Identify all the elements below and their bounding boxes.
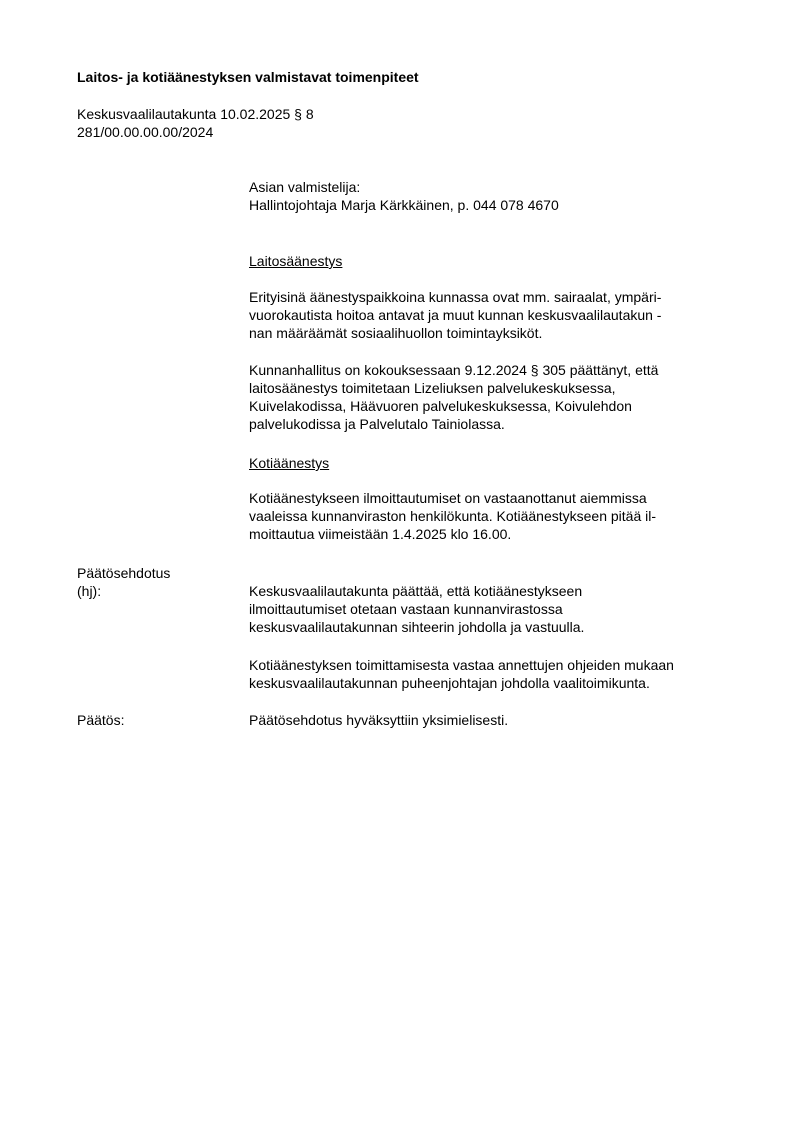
proposal-label-line: (hj):	[77, 582, 170, 600]
text-line: keskusvaalilautakunnan puheenjohtajan jo…	[249, 674, 674, 692]
text-line: Keskusvaalilautakunta päättää, että koti…	[249, 582, 584, 600]
proposal-label: Päätösehdotus (hj):	[77, 564, 170, 600]
record-number: 281/00.00.00.00/2024	[77, 123, 213, 141]
text-line: keskusvaalilautakunnan sihteerin johdoll…	[249, 618, 584, 636]
proposal-paragraph: Keskusvaalilautakunta päättää, että koti…	[249, 582, 584, 636]
section-heading-laitosaanestys: Laitosäänestys	[249, 252, 342, 270]
decision-text: Päätösehdotus hyväksyttiin yksimielisest…	[249, 711, 508, 729]
section-heading-kotiaanestys: Kotiäänestys	[249, 454, 329, 472]
paragraph-home-voting: Kotiäänestykseen ilmoittautumiset on vas…	[249, 489, 656, 543]
decision-label: Päätös:	[77, 711, 124, 729]
proposal-label-line: Päätösehdotus	[77, 564, 170, 582]
text-line: vaaleissa kunnanviraston henkilökunta. K…	[249, 507, 656, 525]
text-line: laitosäänestys toimitetaan Lizeliuksen p…	[249, 379, 658, 397]
meeting-line: Keskusvaalilautakunta 10.02.2025 § 8	[77, 105, 314, 123]
text-line: ilmoittautumiset otetaan vastaan kunnanv…	[249, 600, 584, 618]
paragraph-municipal-board-decision: Kunnanhallitus on kokouksessaan 9.12.202…	[249, 361, 658, 433]
text-line: vuorokautista hoitoa antavat ja muut kun…	[249, 306, 661, 324]
paragraph-special-polling-places: Erityisinä äänestyspaikkoina kunnassa ov…	[249, 288, 661, 342]
text-line: Kuivelakodissa, Häävuoren palvelukeskuks…	[249, 397, 658, 415]
document-title: Laitos- ja kotiäänestyksen valmistavat t…	[77, 68, 419, 86]
preparer-label: Asian valmistelija:	[249, 178, 360, 196]
text-line: Kotiäänestykseen ilmoittautumiset on vas…	[249, 489, 656, 507]
text-line: Kotiäänestyksen toimittamisesta vastaa a…	[249, 656, 674, 674]
text-line: palvelukodissa ja Palvelutalo Tainiolass…	[249, 415, 658, 433]
text-line: moittautua viimeistään 1.4.2025 klo 16.0…	[249, 525, 656, 543]
preparer: Hallintojohtaja Marja Kärkkäinen, p. 044…	[249, 196, 559, 214]
proposal-paragraph: Kotiäänestyksen toimittamisesta vastaa a…	[249, 656, 674, 692]
text-line: Kunnanhallitus on kokouksessaan 9.12.202…	[249, 361, 658, 379]
text-line: Erityisinä äänestyspaikkoina kunnassa ov…	[249, 288, 661, 306]
text-line: nan määräämät sosiaalihuollon toimintayk…	[249, 324, 661, 342]
